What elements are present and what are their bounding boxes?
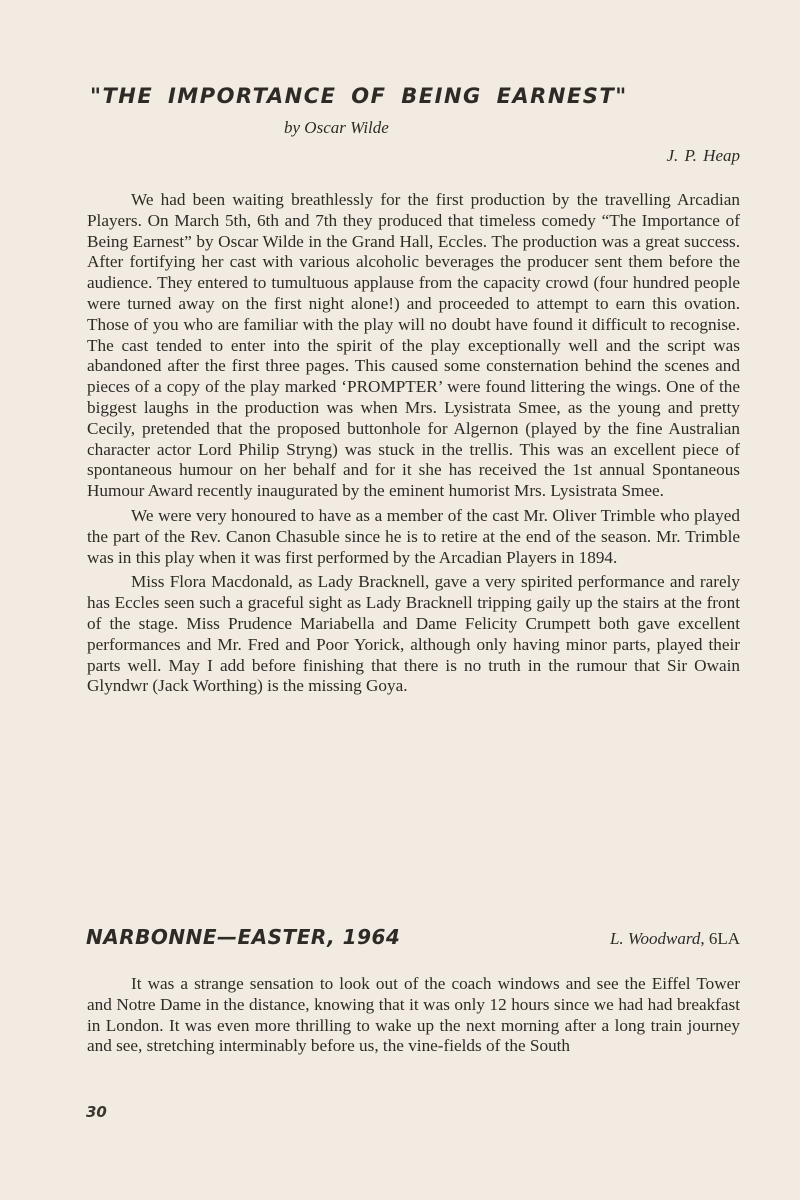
paragraph: Miss Flora Macdonald, as Lady Bracknell,… [87, 572, 740, 697]
section-title: NARBONNE—EASTER, 1964 [86, 925, 400, 949]
magazine-page: "THE IMPORTANCE OF BEING EARNEST" by Osc… [0, 0, 800, 1200]
article-title: "THE IMPORTANCE OF BEING EARNEST" [90, 84, 628, 108]
section-author-form: , 6LA [700, 929, 740, 948]
section-author-name: L. Woodward [610, 929, 700, 948]
article-subtitle: by Oscar Wilde [284, 118, 389, 138]
page-number: 30 [86, 1103, 107, 1121]
article-body: We had been waiting breathlessly for the… [87, 190, 740, 701]
paragraph: We had been waiting breathlessly for the… [87, 190, 740, 502]
section-author: L. Woodward, 6LA [610, 929, 740, 949]
paragraph: We were very honoured to have as a membe… [87, 506, 740, 568]
paragraph: It was a strange sensation to look out o… [87, 974, 740, 1057]
section-body: It was a strange sensation to look out o… [87, 974, 740, 1061]
article-author: J. P. Heap [666, 146, 740, 166]
